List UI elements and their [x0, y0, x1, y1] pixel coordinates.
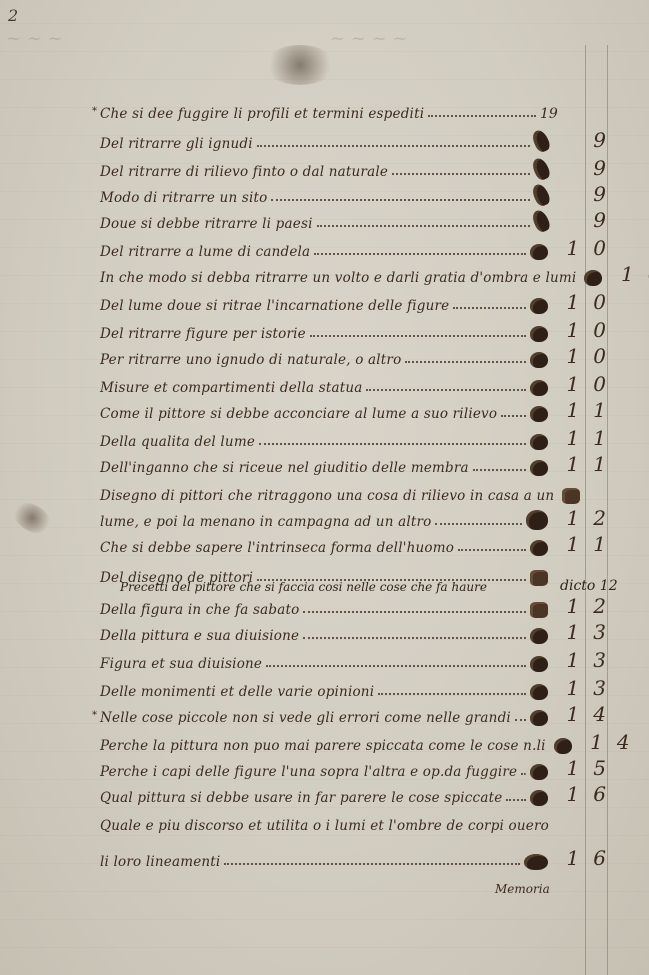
entry-title: Dell'inganno che si riceue nel giuditio …: [100, 460, 469, 476]
index-entry: Qual pittura si debbe usare in far parer…: [100, 782, 620, 806]
dot-leader: [303, 611, 526, 613]
dot-leader: [521, 773, 526, 775]
index-entry: Delle monimenti et delle varie opinioni …: [100, 676, 620, 700]
dot-leader: [506, 799, 526, 801]
entry-page: 11: [552, 532, 620, 556]
entry-title: Del ritrarre figure per istorie: [100, 326, 306, 342]
entry-title: Della figura in che fa sabato: [100, 602, 299, 618]
dot-leader: [317, 225, 530, 227]
entry-title: Disegno di pittori che ritraggono una co…: [100, 488, 554, 504]
index-entry: Che si dee fuggire li profili et termini…: [100, 98, 620, 122]
entry-page: 10: [552, 372, 620, 396]
ink-blot-mark: [530, 326, 548, 342]
entry-title: Come il pittore si debbe acconciare al l…: [100, 406, 497, 422]
signature-note: Memoria: [495, 882, 550, 896]
ink-blot-mark: [584, 270, 602, 286]
entry-title: Quale e piu discorso et utilita o i lumi…: [100, 818, 549, 834]
ink-blot-mark: [530, 352, 548, 368]
dot-leader: [458, 549, 526, 551]
dot-leader: [473, 469, 526, 471]
index-entry: Del ritrarre di rilievo finto o dal natu…: [100, 156, 620, 180]
entry-title: Modo di ritrarre un sito: [100, 190, 267, 206]
dot-leader: [453, 307, 526, 309]
ink-blot-mark: [530, 244, 548, 260]
entry-page: 13: [552, 648, 620, 672]
index-entry: Che si debbe sapere l'intrinseca forma d…: [100, 532, 620, 556]
entry-title: Qual pittura si debbe usare in far parer…: [100, 790, 502, 806]
entry-page: 10: [552, 318, 620, 342]
dot-leader: [366, 389, 526, 391]
entry-page: 14: [576, 730, 644, 754]
entry-title: Che si debbe sapere l'intrinseca forma d…: [100, 540, 454, 556]
entry-title: li loro lineamenti: [100, 854, 220, 870]
entry-page: 13: [552, 620, 620, 644]
index-entry: Della qualita del lume 11: [100, 426, 620, 450]
ink-blot-mark: [530, 156, 552, 182]
dot-leader: [428, 115, 536, 117]
index-entry: Perche la pittura non puo mai parere spi…: [100, 730, 620, 754]
folio-number: 2: [8, 6, 18, 25]
index-entry: Doue si debbe ritrarre li paesi 9: [100, 208, 620, 232]
entry-page: 12: [552, 506, 620, 530]
ink-blot-mark: [526, 510, 548, 530]
ink-blot-mark: [530, 602, 548, 618]
entry-title: Che si dee fuggire li profili et termini…: [100, 106, 424, 122]
ink-blot-mark: [530, 710, 548, 726]
index-entry: Perche i capi delle figure l'una sopra l…: [100, 756, 620, 780]
index-entry: Per ritrarre uno ignudo di naturale, o a…: [100, 344, 620, 368]
index-entry: Disegno di pittori che ritraggono una co…: [100, 480, 620, 504]
bleed-through-text: ~ ~ ~: [6, 28, 63, 49]
entry-page: 9: [552, 128, 620, 152]
index-entry: Come il pittore si debbe acconciare al l…: [100, 398, 620, 422]
ink-blot-mark: [554, 738, 572, 754]
entry-title: Nelle cose piccole non si vede gli error…: [100, 710, 511, 726]
ink-blot-mark: [530, 764, 548, 780]
entry-title: Della pittura e sua diuisione: [100, 628, 299, 644]
index-entry: Nelle cose piccole non si vede gli error…: [100, 702, 620, 726]
entry-page: 10: [552, 236, 620, 260]
index-entry: Del lume doue si ritrae l'incarnatione d…: [100, 290, 620, 314]
ink-blot-mark: [530, 380, 548, 396]
entry-page: 9: [552, 208, 620, 232]
ink-blot-mark: [524, 854, 548, 870]
entry-page: 14: [552, 702, 620, 726]
interlinear-note-text: Precetti del pittore che si faccia cosi …: [120, 580, 487, 594]
dot-leader: [224, 863, 520, 865]
dot-leader: [392, 173, 530, 175]
dot-leader: [405, 361, 526, 363]
dot-leader: [303, 637, 526, 639]
dot-leader: [271, 199, 530, 201]
entry-title: Del ritrarre di rilievo finto o dal natu…: [100, 164, 388, 180]
ink-blot-mark: [530, 684, 548, 700]
entry-page: 9: [552, 182, 620, 206]
entry-page: 11: [552, 452, 620, 476]
dot-leader: [310, 335, 526, 337]
dot-leader: [314, 253, 526, 255]
index-entry: Modo di ritrarre un sito 9: [100, 182, 620, 206]
ink-blot-mark: [530, 182, 552, 208]
ink-blot-mark: [530, 656, 548, 672]
entry-title: Per ritrarre uno ignudo di naturale, o a…: [100, 352, 401, 368]
bleed-through-text: ~ ~ ~ ~: [330, 28, 408, 49]
ink-blot-mark: [530, 540, 548, 556]
index-entry: Misure et compartimenti della statua 10: [100, 372, 620, 396]
dot-leader: [257, 145, 530, 147]
dot-leader: [259, 443, 526, 445]
index-entry: Dell'inganno che si riceue nel giuditio …: [100, 452, 620, 476]
entry-title: Del lume doue si ritrae l'incarnatione d…: [100, 298, 449, 314]
dot-leader: [501, 415, 526, 417]
entry-page: 16: [552, 846, 620, 870]
index-entry: li loro lineamenti 16: [100, 846, 620, 870]
interlinear-note: Precetti del pittore che si faccia cosi …: [120, 580, 500, 594]
entry-page: 12: [552, 594, 620, 618]
index-entry: Figura et sua diuisione 13: [100, 648, 620, 672]
index-entry: Del ritrarre figure per istorie 10: [100, 318, 620, 342]
ink-stain: [265, 45, 335, 85]
entry-page: 19: [540, 106, 620, 122]
manuscript-page: 2 ~ ~ ~ ~ ~ ~ ~ * Che si dee fuggire li …: [0, 0, 649, 975]
index-entry: Quale e piu discorso et utilita o i lumi…: [100, 810, 620, 834]
ink-blot-mark: [530, 128, 552, 154]
entry-title: Delle monimenti et delle varie opinioni: [100, 684, 374, 700]
entry-title: Perche la pittura non puo mai parere spi…: [100, 738, 546, 754]
entry-title: Doue si debbe ritrarre li paesi: [100, 216, 313, 232]
dot-leader: [378, 693, 526, 695]
annotation-star: *: [92, 710, 97, 721]
entry-page: 16: [552, 782, 620, 806]
ink-blot-mark: [530, 790, 548, 806]
ink-blot-mark: [530, 406, 548, 422]
index-entry: Del ritrarre gli ignudi 9: [100, 128, 620, 152]
ink-blot-mark: [530, 298, 548, 314]
entry-title: Della qualita del lume: [100, 434, 255, 450]
entry-page: 9: [552, 156, 620, 180]
margin-note: dicto 12: [560, 578, 649, 594]
entry-page: 15: [552, 756, 620, 780]
index-entry: Del ritrarre a lume di candela 10: [100, 236, 620, 260]
entry-title: Del ritrarre gli ignudi: [100, 136, 253, 152]
index-entry: Della figura in che fa sabato 12: [100, 594, 620, 618]
entry-title: lume, e poi la menano in campagna ad un …: [100, 514, 431, 530]
index-entry: Della pittura e sua diuisione 13: [100, 620, 620, 644]
entry-page: 10: [552, 344, 620, 368]
index-entry: In che modo si debba ritrarre un volto e…: [100, 262, 620, 286]
entry-title: Del ritrarre a lume di candela: [100, 244, 310, 260]
entry-page: 11: [552, 426, 620, 450]
ink-blot-mark: [530, 460, 548, 476]
entry-page: 11: [552, 398, 620, 422]
ink-blot-mark: [530, 208, 552, 234]
dot-leader: [435, 523, 522, 525]
index-entry: lume, e poi la menano in campagna ad un …: [100, 506, 620, 530]
entry-title: Misure et compartimenti della statua: [100, 380, 362, 396]
dot-leader: [266, 665, 526, 667]
ink-blot-mark: [530, 434, 548, 450]
entry-title: Perche i capi delle figure l'una sopra l…: [100, 764, 517, 780]
dot-leader: [515, 719, 526, 721]
ink-stain: [8, 497, 56, 540]
entry-page: 10: [552, 290, 620, 314]
entry-title: In che modo si debba ritrarre un volto e…: [100, 270, 576, 286]
annotation-star: *: [92, 106, 97, 117]
entry-title: Figura et sua diuisione: [100, 656, 262, 672]
entry-page: 13: [552, 676, 620, 700]
entry-page: 10: [606, 262, 649, 286]
struck-out-mark: [562, 488, 580, 504]
ink-blot-mark: [530, 570, 548, 586]
ink-blot-mark: [530, 628, 548, 644]
